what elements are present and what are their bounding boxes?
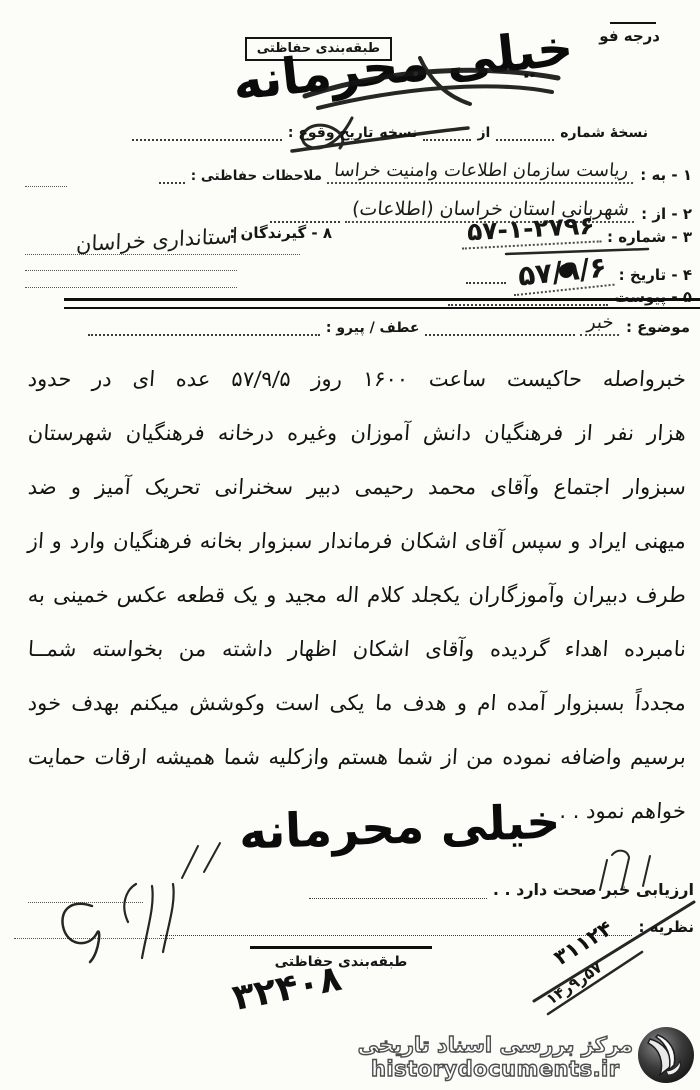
evaluation-row: ارزیابی خبر صحت دارد . . <box>309 880 694 899</box>
number-value: ۵۷-۱-۲۷۹۶ <box>461 210 602 249</box>
watermark-org: مرکز بررسی اسناد تاریخی <box>358 1033 633 1057</box>
dotted-line <box>466 267 506 284</box>
body-text: خبرواصله حاکیست ساعت ۱۶۰۰ روز ۵۷/۹/۵ عده… <box>28 352 686 838</box>
body-line: برسیم واضافه نموده من از شما هستم وازکلی… <box>26 730 688 784</box>
to-label: ۱ - به : <box>640 166 692 184</box>
dotted-line <box>160 920 632 936</box>
subject-row: موضوع : خبر عطف / پیرو : <box>88 312 690 336</box>
body-line: طرف دبیران وآموزگاران یکجلد کلام اله مجی… <box>26 568 688 622</box>
subject-value: خبر <box>580 312 621 336</box>
archive-logo-icon <box>636 1025 696 1089</box>
dotted-line <box>496 124 554 141</box>
copy-number-row: نسخهٔ شماره از نسخه تاریخ وقوع : <box>132 124 648 141</box>
date-label: ۴ - تاریخ : <box>619 266 692 284</box>
body-line-text: خواهم نمود . . <box>558 784 688 838</box>
top-secrecy-stamp: خیلی محرمانه <box>230 18 576 111</box>
event-date-label: تاریخ وقوع : <box>288 125 373 141</box>
field-to: ۱ - به : ریاست سازمان اطلاعات وامنیت خرا… <box>159 160 692 184</box>
dotted-line <box>88 319 320 336</box>
diagonal-date: ۵۷ر۹ر۱۴ <box>543 958 605 1008</box>
degree-label: درجه فو <box>599 27 660 45</box>
dotted-line <box>25 252 300 255</box>
body-line: سبزوار اجتماع وآقای محمد رحیمی دبیر سخنر… <box>26 460 688 514</box>
body-line: میهنی ایراد و سپس آقای اشکان فرماندار سب… <box>26 514 688 568</box>
dotted-line <box>270 206 340 223</box>
bottom-secrecy-stamp: خیلی محرمانه <box>238 794 561 860</box>
body-line: خبرواصله حاکیست ساعت ۱۶۰۰ روز ۵۷/۹/۵ عده… <box>26 352 688 406</box>
copy-no-label: نسخهٔ شماره <box>560 125 648 141</box>
evaluation-text: ارزیابی خبر صحت دارد . . <box>493 880 694 899</box>
field-number: ۳ - شماره : ۵۷-۱-۲۷۹۶ <box>461 214 692 246</box>
degree-overline <box>610 22 656 24</box>
dotted-line <box>25 285 237 288</box>
subject-label: موضوع : <box>626 318 690 336</box>
dotted-line <box>309 883 487 899</box>
watermark: مرکز بررسی اسناد تاریخی historydocuments… <box>358 1026 696 1088</box>
number-label: ۳ - شماره : <box>607 228 692 246</box>
registry-number: ۳۲۴۰۸ <box>229 958 345 1019</box>
dotted-line <box>25 268 237 271</box>
of-label: از <box>477 125 490 141</box>
body-line: نامبرده اهداء گردیده وآقای اشکان اظهار د… <box>26 622 688 676</box>
document-page: درجه فو طبقه‌بندی حفاظتی خیلی محرمانه نس… <box>0 0 700 1090</box>
section-divider <box>64 298 700 309</box>
dotted-line <box>28 900 143 903</box>
watermark-site: historydocuments.ir <box>358 1057 633 1081</box>
classification-footer: طبقه‌بندی حفاظتی <box>250 946 432 970</box>
dotted-line <box>132 124 282 141</box>
reference-label: عطف / پیرو : <box>326 320 420 336</box>
security-note-label: ملاحظات حفاظتی : <box>191 168 322 184</box>
dotted-line <box>25 184 67 187</box>
to-value: ریاست سازمان اطلاعات وامنیت خراسا <box>327 160 635 184</box>
body-line: مجدداً بسبزوار آمده ام و هدف ما یکی است … <box>26 676 688 730</box>
dotted-line <box>159 167 185 184</box>
dotted-line <box>14 936 174 939</box>
dotted-line <box>425 319 575 336</box>
opinion-label: نظریه : <box>638 918 694 936</box>
field-date: ۴ - تاریخ : ۵۷/۹/۶ <box>466 248 692 284</box>
watermark-text: مرکز بررسی اسناد تاریخی historydocuments… <box>358 1033 633 1081</box>
copies-label: نسخه <box>379 125 417 141</box>
recipients-label: ۸ - گیرندگان : <box>229 224 332 242</box>
dotted-line <box>423 124 471 141</box>
body-line: هزار نفر از فرهنگیان دانش آموزان وغیره د… <box>26 406 688 460</box>
